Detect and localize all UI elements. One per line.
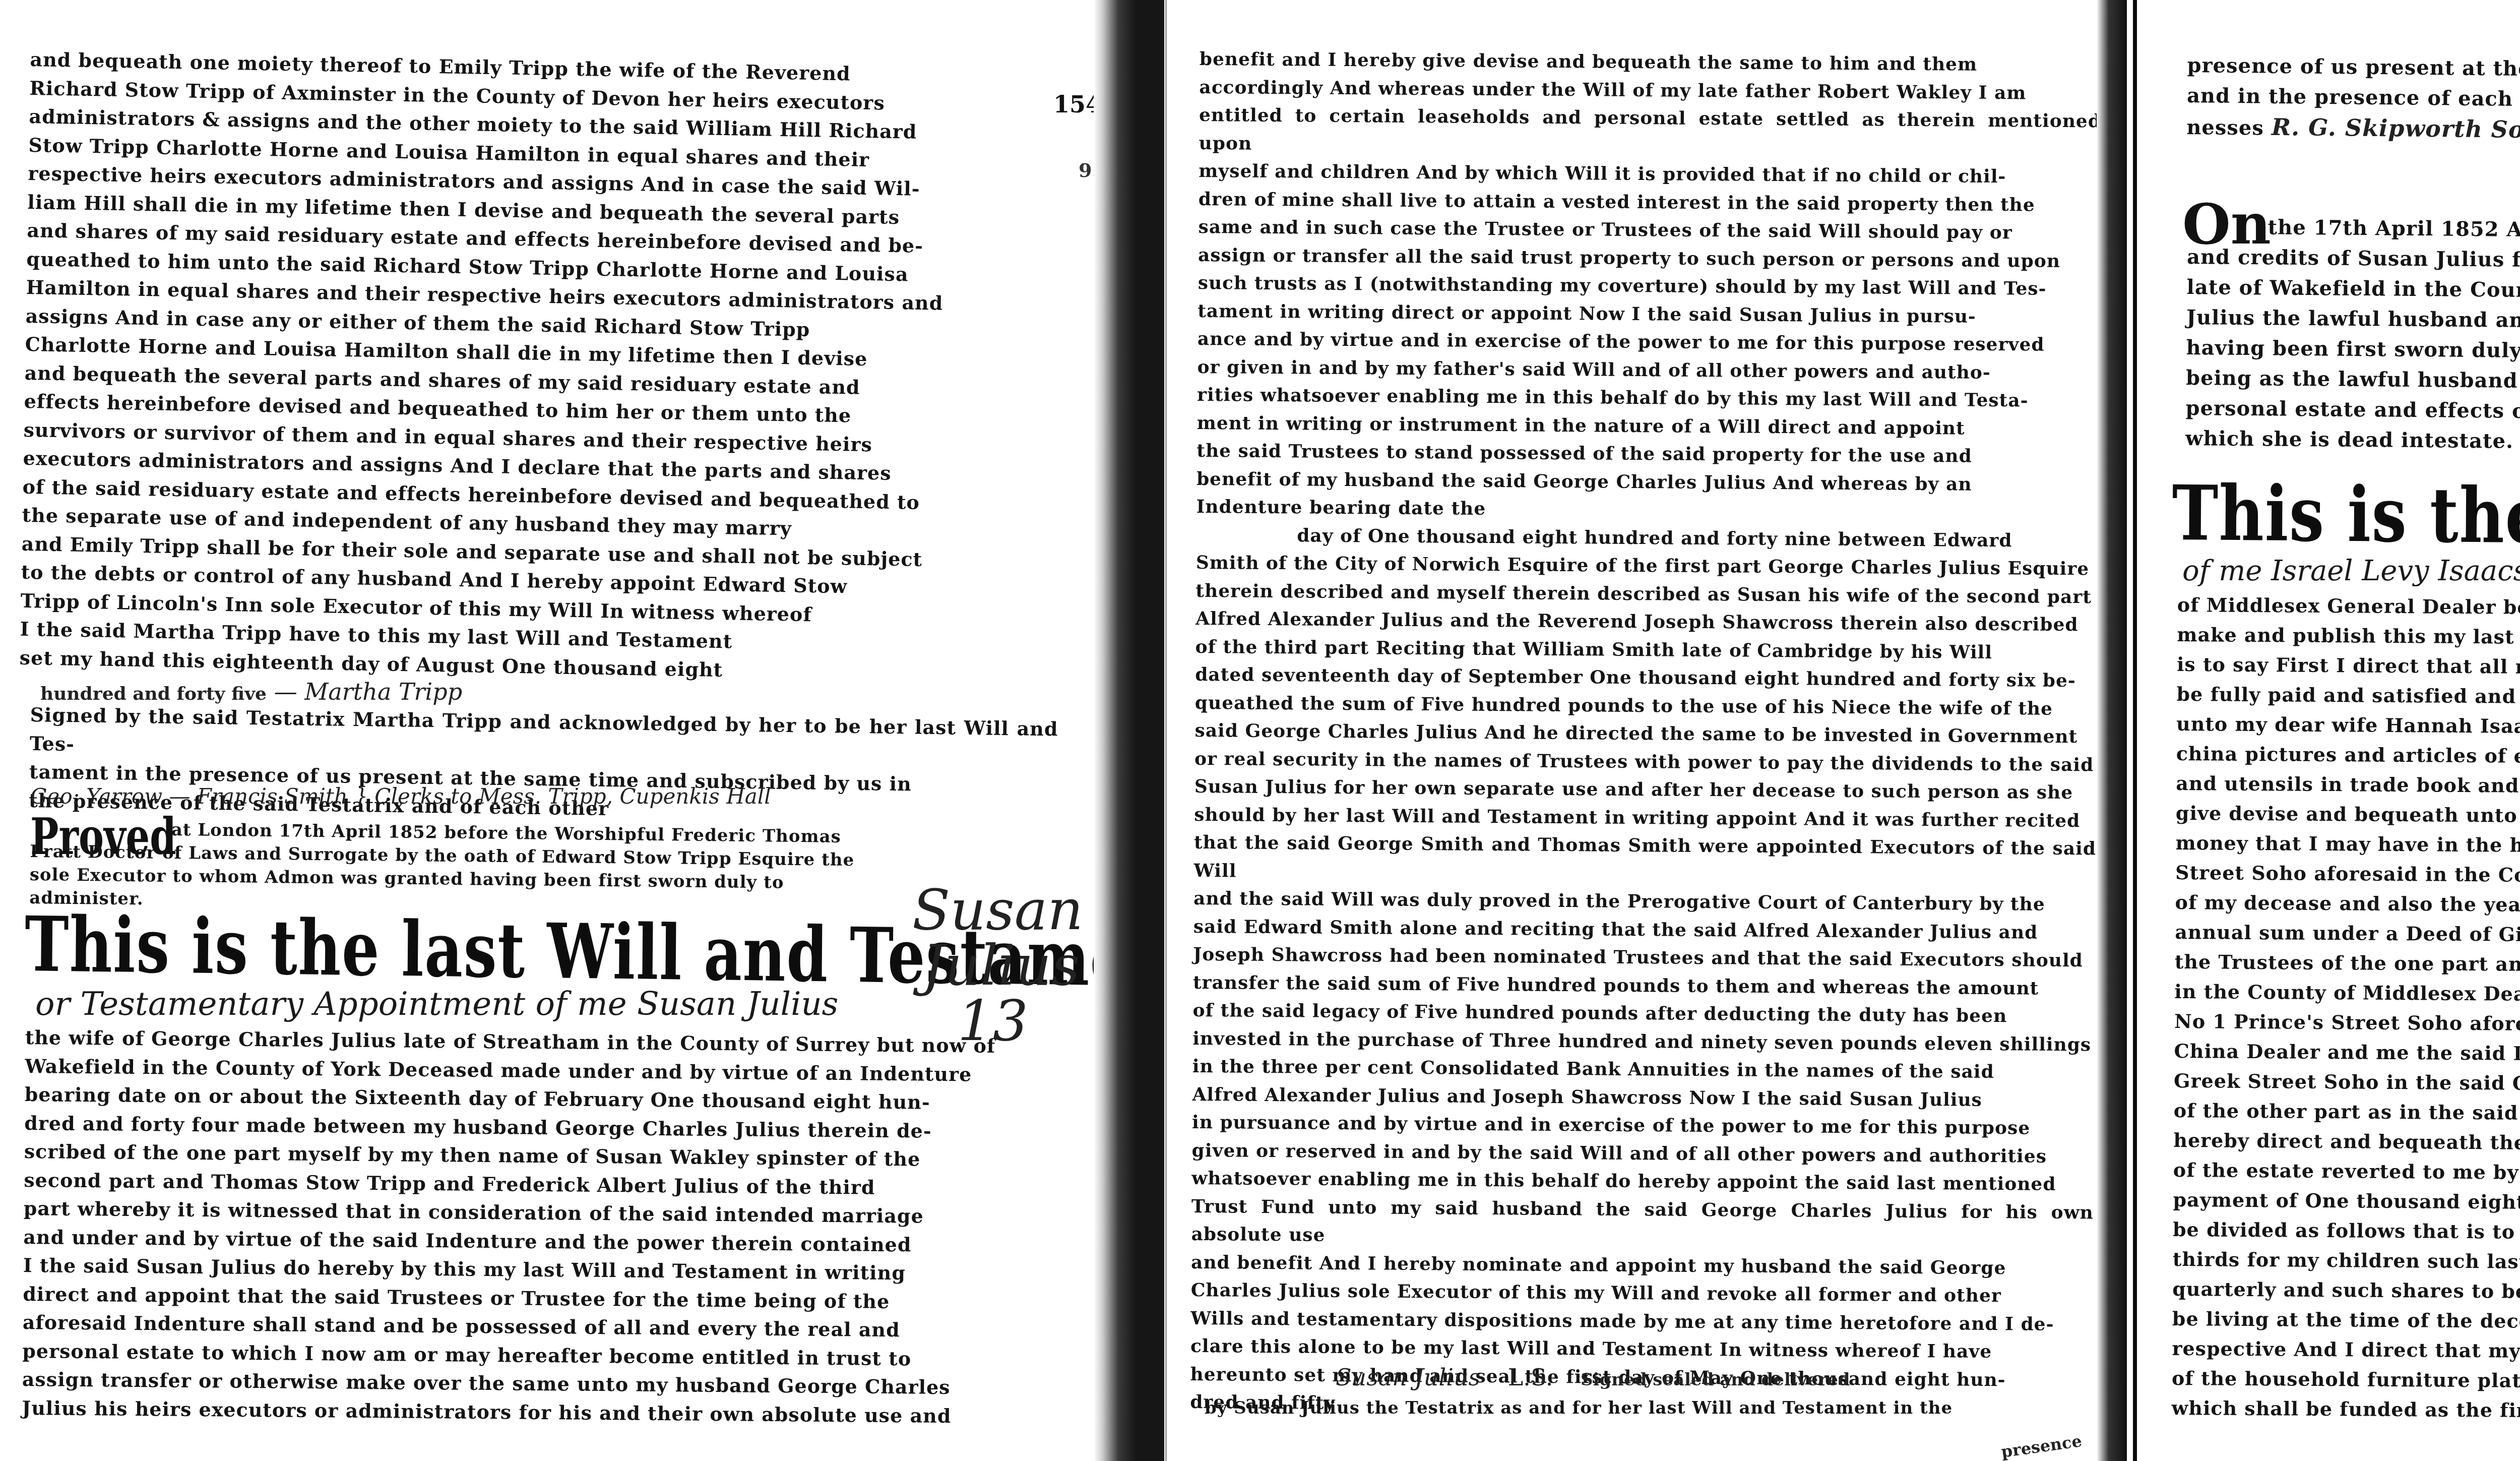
will-heading: This is the last Will and Testament xyxy=(2172,469,2520,568)
text-line: entitled to certain leaseholds and perso… xyxy=(1199,101,2101,163)
signature: Martha Tripp xyxy=(304,678,462,705)
attestation-clause: Signed by the said Testatrix Martha Trip… xyxy=(29,701,1058,829)
text-line-start: nesses xyxy=(2186,115,2264,140)
testator-signature: hundred and forty five — Martha Tripp xyxy=(40,678,462,705)
register-page-left: and bequeath one moiety thereof to Emily… xyxy=(0,0,1159,1461)
witness-signatures: R. G. Skipworth Sol. Wakefield — Robert … xyxy=(2272,113,2520,151)
margin-note-testator: Susan Julius 13 xyxy=(912,882,1083,1049)
signature: Susan Julius xyxy=(1336,1364,1480,1391)
attestation-clause: by Susan Julius the Testatrix as and for… xyxy=(1205,1394,2107,1423)
margin-name-last: Julius xyxy=(922,938,1083,993)
will-body: of Middlesex General Dealer being of sou… xyxy=(2171,590,2520,1430)
administration-grant-text: the 17th April 1852 Admon (with the Will… xyxy=(2185,212,2520,463)
register-page-middle: benefit and I hereby give devise and beq… xyxy=(1174,0,2129,1461)
margin-name-first: Susan xyxy=(912,882,1083,938)
will-text-continuation: and bequeath one moiety thereof to Emily… xyxy=(19,45,1058,690)
text-line: Signed sealed and delivered xyxy=(1581,1370,1850,1390)
page-divider xyxy=(1165,0,1167,1461)
will-body: the wife of George Charles Julius late o… xyxy=(22,1023,1058,1431)
witness-signatures: Geo: Yarrow — Francis Smith } Clerks to … xyxy=(30,784,771,809)
will-subheading: or Testamentary Appointment of me Susan … xyxy=(35,986,838,1023)
will-subheading: of me Israel Levy Isaacs of No 39 Prince… xyxy=(2182,555,2520,587)
register-page-right: presence of us present at the same time … xyxy=(2137,0,2520,1461)
catchword: presence xyxy=(2000,1431,2083,1461)
binding-gutter-left xyxy=(1094,0,1164,1461)
text-line: which she is dead intestate. xyxy=(2185,423,2520,463)
text-line: by Susan Julius the Testatrix as and for… xyxy=(1205,1394,2107,1423)
text-line: which shall be funded as the first insta… xyxy=(2171,1393,2520,1430)
seal-mark: L.S. xyxy=(1508,1364,1553,1391)
margin-entry-number: 13 xyxy=(958,993,1083,1049)
testator-signature-line: Susan Julius L.S. Signed sealed and deli… xyxy=(1205,1364,1850,1391)
text-line: Trust Fund unto my said husband the said… xyxy=(1191,1192,2094,1254)
text-line: that the said George Smith and Thomas Sm… xyxy=(1193,829,2096,891)
binding-gutter-middle xyxy=(2097,0,2127,1461)
text-line: nesses R. G. Skipworth Sol. Wakefield — … xyxy=(2186,111,2520,154)
attestation-continuation: presence of us present at the same time … xyxy=(2186,50,2520,154)
will-text-continuation: benefit and I hereby give devise and beq… xyxy=(1190,45,2102,1423)
